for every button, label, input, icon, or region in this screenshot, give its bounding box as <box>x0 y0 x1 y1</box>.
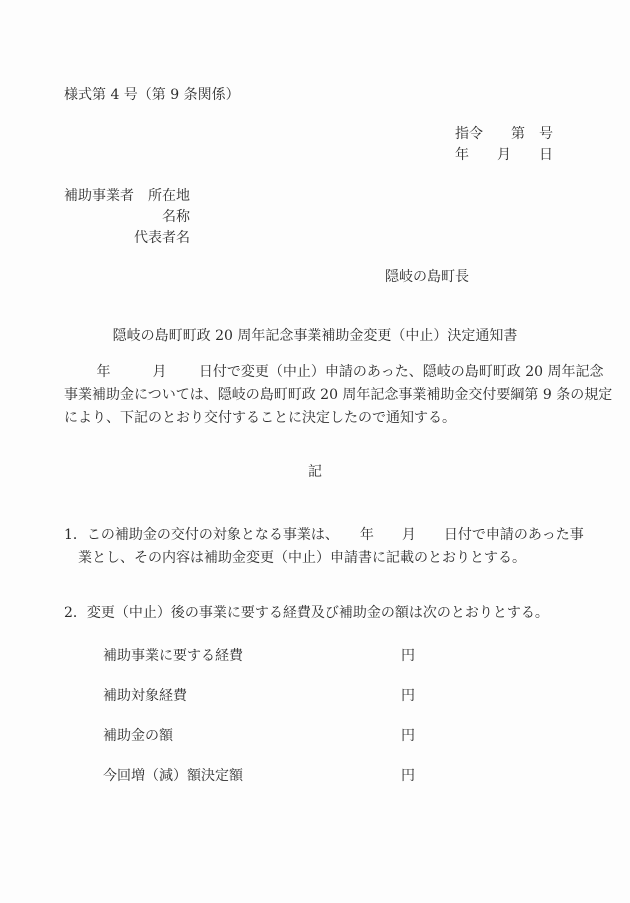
amount-label: 補助事業に要する経費 <box>103 645 243 665</box>
amount-row: 補助対象経費 円 <box>103 685 415 701</box>
issuer-name: 隠岐の島町長 <box>385 266 469 286</box>
item-1: 1．この補助金の交付の対象となる事業は、 年 月 日付で申請のあった事 業とし、… <box>64 524 574 570</box>
item-2: 2．変更（中止）後の事業に要する経費及び補助金の額は次のとおりとする。 <box>64 602 574 622</box>
item-1-line: 1．この補助金の交付の対象となる事業は、 年 月 日付で申請のあった事 <box>64 524 574 547</box>
amount-unit: 円 <box>401 765 415 785</box>
recipient-name-line: 名称 <box>64 207 190 228</box>
amount-row: 今回増（減）額決定額 円 <box>103 765 415 781</box>
amount-unit: 円 <box>401 685 415 705</box>
amount-label: 補助金の額 <box>103 725 173 745</box>
document-page: 様式第 4 号（第 9 条関係） 指令 第 号 年 月 日 補助事業者 所在地 … <box>0 0 630 903</box>
body-line: により、下記のとおり交付することに決定したので通知する。 <box>64 407 574 430</box>
directive-block: 指令 第 号 年 月 日 <box>455 124 553 166</box>
body-paragraph: 年 月 日付で変更（中止）申請のあった、隠岐の島町町政 20 周年記念 事業補助… <box>64 361 574 430</box>
amount-label: 補助対象経費 <box>103 685 187 705</box>
amount-row: 補助金の額 円 <box>103 725 415 741</box>
amount-unit: 円 <box>401 725 415 745</box>
amount-table: 補助事業に要する経費 円 補助対象経費 円 補助金の額 円 今回増（減）額決定額… <box>103 645 415 805</box>
recipient-block: 補助事業者 所在地 名称 代表者名 <box>64 186 190 249</box>
recipient-representative-line: 代表者名 <box>64 228 190 249</box>
amount-unit: 円 <box>401 645 415 665</box>
item-1-line: 業とし、その内容は補助金変更（中止）申請書に記載のとおりとする。 <box>64 547 574 570</box>
body-line: 事業補助金については、隠岐の島町町政 20 周年記念事業補助金交付要綱第 9 条… <box>64 384 574 407</box>
directive-date-line: 年 月 日 <box>455 145 553 166</box>
directive-number-line: 指令 第 号 <box>455 124 553 145</box>
amount-label: 今回増（減）額決定額 <box>103 765 243 785</box>
form-number: 様式第 4 号（第 9 条関係） <box>64 84 240 104</box>
body-line: 年 月 日付で変更（中止）申請のあった、隠岐の島町町政 20 周年記念 <box>64 361 574 384</box>
section-marker-ki: 記 <box>0 461 630 481</box>
document-title: 隠岐の島町町政 20 周年記念事業補助金変更（中止）決定通知書 <box>0 325 630 345</box>
amount-row: 補助事業に要する経費 円 <box>103 645 415 661</box>
recipient-address-line: 補助事業者 所在地 <box>64 186 190 207</box>
